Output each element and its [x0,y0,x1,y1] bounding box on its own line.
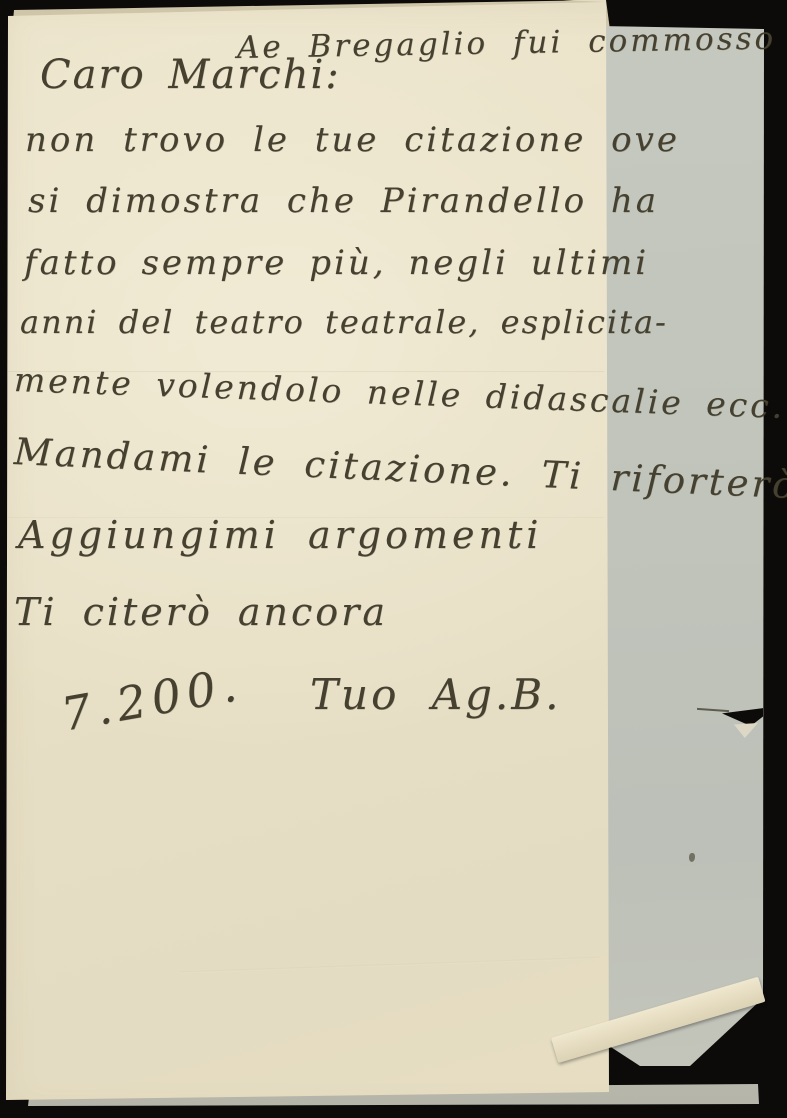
handwritten-number: 7.200. [57,657,246,742]
handwritten-line: anni del teatro teatrale, esplicita- [20,303,668,341]
handwritten-line: Ti citerò ancora [14,590,388,634]
handwritten-salutation: Caro Marchi: [40,52,341,98]
scanned-letter-photo: Ae Bregaglio fui commosso Caro Marchi: n… [0,0,787,1118]
handwritten-signature: Tuo Ag.B. [310,670,561,719]
handwriting-layer: Ae Bregaglio fui commosso Caro Marchi: n… [0,0,787,1118]
handwritten-line: mente volendolo nelle didascalie ecc. [13,360,786,426]
handwritten-line: si dimostra che Pirandello ha [28,181,659,221]
handwritten-line: Aggiungimi argomenti [18,513,542,557]
handwritten-line: non trovo le tue citazione ove [25,120,680,160]
handwritten-line: fatto sempre più, negli ultimi [24,243,649,283]
handwritten-line: Mandami le citazione. Ti riforterò [13,430,787,507]
